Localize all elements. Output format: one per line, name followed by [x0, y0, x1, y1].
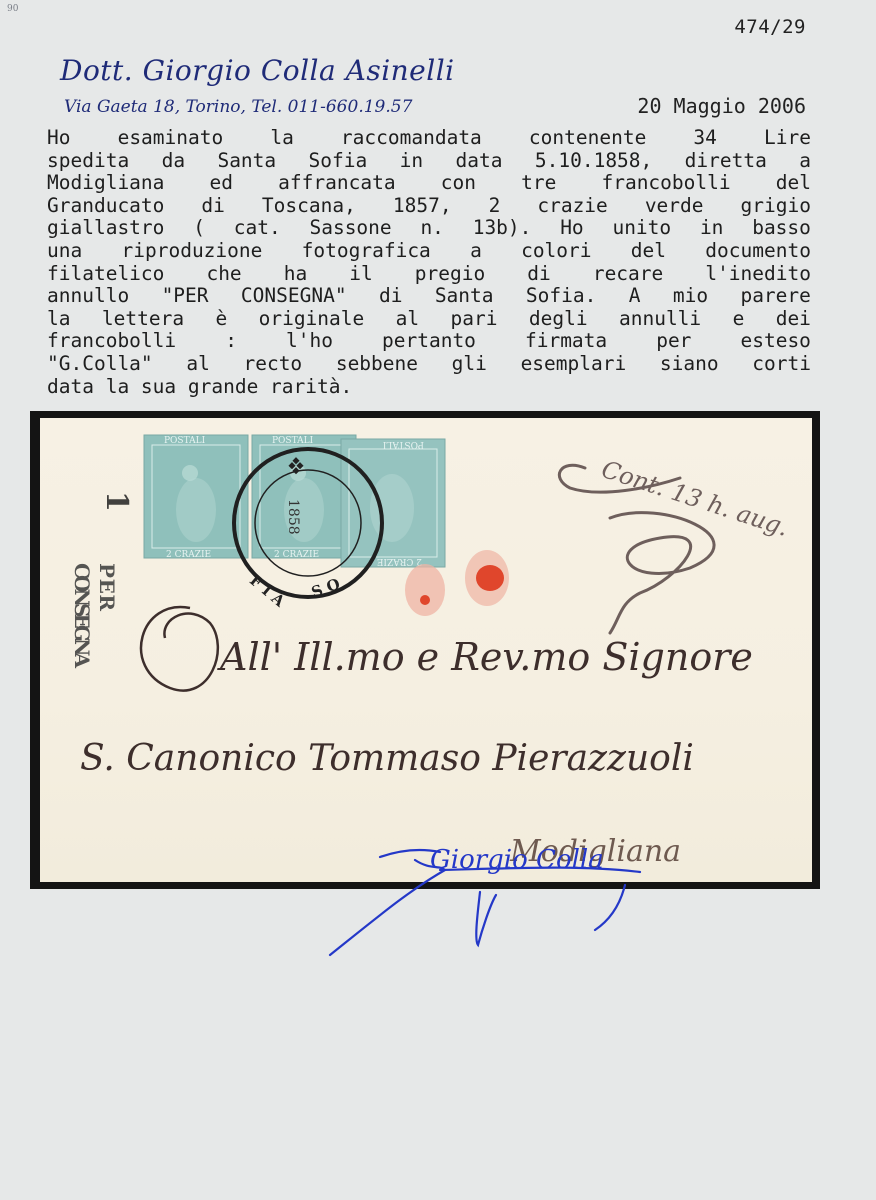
certificate-word: colori — [521, 240, 591, 263]
certificate-word: 34 — [693, 127, 716, 150]
svg-text:All' Ill.mo e Rev.mo Signore: All' Ill.mo e Rev.mo Signore — [217, 635, 753, 679]
certificate-word: esaminato — [118, 127, 224, 150]
svg-text:S O: S O — [309, 575, 343, 602]
stamp-1: POSTALI 2 CRAZIE — [144, 435, 248, 560]
certificate-word: contenente — [529, 127, 646, 150]
certificate-word: pertanto — [382, 330, 476, 353]
certificate-word: l'ho — [286, 330, 333, 353]
svg-text:Cont. 13 h. aug.: Cont. 13 h. aug. — [598, 455, 792, 542]
certificate-line: data la sua grande rarità. — [47, 376, 811, 399]
svg-text:2 CRAZIE: 2 CRAZIE — [166, 550, 211, 560]
certificate-word: CONSEGNA" — [241, 285, 347, 308]
certificate-word: data — [456, 150, 503, 173]
certificate-word: unito — [612, 217, 671, 240]
certificate-date: 20 Maggio 2006 — [637, 94, 806, 118]
svg-text:Modigliana: Modigliana — [509, 834, 681, 869]
certificate-word: parere — [740, 285, 810, 308]
certificate-word: esemplari — [521, 353, 627, 376]
certificate-word: spedita — [47, 150, 129, 173]
certificate-word: Granducato — [47, 195, 164, 218]
certificate-word: la — [270, 127, 293, 150]
certificate-word: di — [201, 195, 224, 218]
certificate-word: del — [631, 240, 666, 263]
certificate-word: "G.Colla" — [47, 353, 153, 376]
certificate-word: : — [225, 330, 237, 353]
certificate-word: al — [186, 353, 209, 376]
certificate-line: unariproduzionefotograficaacolorideldocu… — [47, 240, 811, 263]
certificate-word: firmata — [525, 330, 607, 353]
svg-text:S. Canonico Tommaso Pierazzuol: S. Canonico Tommaso Pierazzuoli — [80, 738, 694, 779]
certificate-word: pari — [451, 308, 498, 331]
certificate-word: il — [349, 263, 372, 286]
certificate-word: 1857, — [393, 195, 452, 218]
certificate-word: Ho — [560, 217, 583, 240]
svg-text:F I A: F I A — [246, 571, 288, 611]
certificate-word: Santa — [217, 150, 276, 173]
certificate-word: a — [799, 150, 811, 173]
certificate-word: Sofia — [309, 150, 368, 173]
certificate-word: 5.10.1858, — [535, 150, 652, 173]
certificate-word: filatelico — [47, 263, 164, 286]
certificate-line: Hoesaminatolaraccomandatacontenente34Lir… — [47, 127, 811, 150]
certificate-word: Ho — [47, 127, 70, 150]
svg-text:POSTALI: POSTALI — [382, 439, 424, 449]
certificate-word: raccomandata — [341, 127, 482, 150]
per-consegna-handstamp: PER CONSEGNA — [70, 563, 119, 668]
certificate-word: cat. — [234, 217, 281, 240]
certificate-word: una — [47, 240, 82, 263]
certificate-word: lettera — [102, 308, 184, 331]
cover-photo-frame: POSTALI 2 CRAZIE POSTALI 2 CRAZIE POSTAL… — [30, 411, 820, 889]
cover-photo: POSTALI 2 CRAZIE POSTALI 2 CRAZIE POSTAL… — [40, 418, 812, 882]
certificate-word: al — [396, 308, 419, 331]
svg-text:POSTALI: POSTALI — [272, 436, 314, 446]
certificate-word: recare — [593, 263, 663, 286]
certificate-word: in — [700, 217, 723, 240]
svg-text:POSTALI: POSTALI — [164, 436, 206, 446]
certificate-word: del — [776, 172, 811, 195]
certificate-word: recto — [243, 353, 302, 376]
certificate-line: Modiglianaedaffrancatacontrefrancobollid… — [47, 172, 811, 195]
certificate-word: a — [470, 240, 482, 263]
certificate-word: affrancata — [278, 172, 395, 195]
cover-illustration: POSTALI 2 CRAZIE POSTALI 2 CRAZIE POSTAL… — [40, 418, 812, 882]
certificate-word: è — [215, 308, 227, 331]
certificate-word: originale — [259, 308, 365, 331]
certificate-word: "PER — [162, 285, 209, 308]
certificate-line: "G.Colla"alrectosebbenegliesemplarisiano… — [47, 353, 811, 376]
certificate-word: pregio — [415, 263, 485, 286]
certificate-word: n. — [420, 217, 443, 240]
svg-text:CONSEGNA: CONSEGNA — [70, 563, 94, 668]
certificate-word: sebbene — [336, 353, 418, 376]
certificate-word: per — [656, 330, 691, 353]
letterhead-address: Via Gaeta 18, Torino, Tel. 011-660.19.57 — [64, 97, 412, 117]
certificate-word: A — [629, 285, 641, 308]
corner-note: 90 — [7, 4, 18, 14]
address-block: All' Ill.mo e Rev.mo Signore S. Canonico… — [80, 607, 753, 869]
svg-text:PER: PER — [95, 563, 119, 611]
certificate-word: che — [206, 263, 241, 286]
certificate-word: crazie — [537, 195, 607, 218]
certificate-line: giallastro(cat.Sassonen.13b).Hounitoinba… — [47, 217, 811, 240]
certificate-word: con — [441, 172, 476, 195]
certificate-line: annullo"PERCONSEGNA"diSantaSofia.Amiopar… — [47, 285, 811, 308]
certificate-word: l'inedito — [705, 263, 811, 286]
certificate-word: annullo — [47, 285, 129, 308]
certificate-word: degli — [529, 308, 588, 331]
certificate-word: di — [527, 263, 550, 286]
certificate-word: Sassone — [309, 217, 391, 240]
certificate-word: la — [47, 308, 70, 331]
certificate-word: giallastro — [47, 217, 164, 240]
certificate-word: Toscana, — [262, 195, 356, 218]
certificate-word: basso — [752, 217, 811, 240]
certificate-word: 13b). — [473, 217, 532, 240]
svg-text:1: 1 — [99, 491, 134, 512]
certificate-line: francobolli:l'hopertantofirmataperesteso — [47, 330, 811, 353]
certificate-word: francobolli — [47, 330, 176, 353]
certificate-word: Sofia. — [526, 285, 596, 308]
certificate-word: dei — [776, 308, 811, 331]
certificate-line: speditadaSantaSofiaindata5.10.1858,diret… — [47, 150, 811, 173]
certificate-word: ed — [210, 172, 233, 195]
stamp-2: POSTALI 2 CRAZIE — [252, 435, 356, 560]
certificate-word: 2 — [489, 195, 501, 218]
certificate-word: gli — [452, 353, 487, 376]
reference-number: 474/29 — [734, 16, 806, 38]
certificate-word: documento — [705, 240, 811, 263]
certificate-word: data la sua grande rarità. — [47, 376, 352, 399]
svg-text:2 CRAZIE: 2 CRAZIE — [274, 550, 319, 560]
certificate-word: francobolli — [601, 172, 730, 195]
certificate-word: Modigliana — [47, 172, 164, 195]
certificate-word: in — [400, 150, 423, 173]
certificate-word: tre — [521, 172, 556, 195]
svg-text:2 CRAZIE: 2 CRAZIE — [377, 556, 422, 566]
certificate-word: Lire — [764, 127, 811, 150]
certificate-word: e — [733, 308, 745, 331]
certificate-text: Hoesaminatolaraccomandatacontenente34Lir… — [47, 127, 811, 398]
certificate-word: diretta — [685, 150, 767, 173]
certificate-word: di — [379, 285, 402, 308]
certificate-word: da — [162, 150, 185, 173]
certificate-word: verde — [645, 195, 704, 218]
certificate-word: fotografica — [302, 240, 431, 263]
letterhead-name: Dott. Giorgio Colla Asinelli — [60, 54, 455, 87]
certificate-line: laletteraèoriginalealparidegliannulliede… — [47, 308, 811, 331]
certificate-word: Santa — [435, 285, 494, 308]
certificate-word: riproduzione — [122, 240, 263, 263]
certificate-word: ha — [284, 263, 307, 286]
svg-text:1858: 1858 — [285, 499, 301, 535]
certificate-word: corti — [752, 353, 811, 376]
certificate-word: grigio — [741, 195, 811, 218]
certificate-line: GranducatodiToscana,1857,2crazieverdegri… — [47, 195, 811, 218]
certificate-word: mio — [673, 285, 708, 308]
certificate-word: siano — [660, 353, 719, 376]
certificate-line: filatelicochehailpregiodirecarel'inedito — [47, 263, 811, 286]
certificate-word: ( — [193, 217, 205, 240]
manuscript-rate-note: Cont. 13 h. aug. — [559, 455, 792, 633]
certificate-word: annulli — [619, 308, 701, 331]
certificate-word: esteso — [740, 330, 810, 353]
